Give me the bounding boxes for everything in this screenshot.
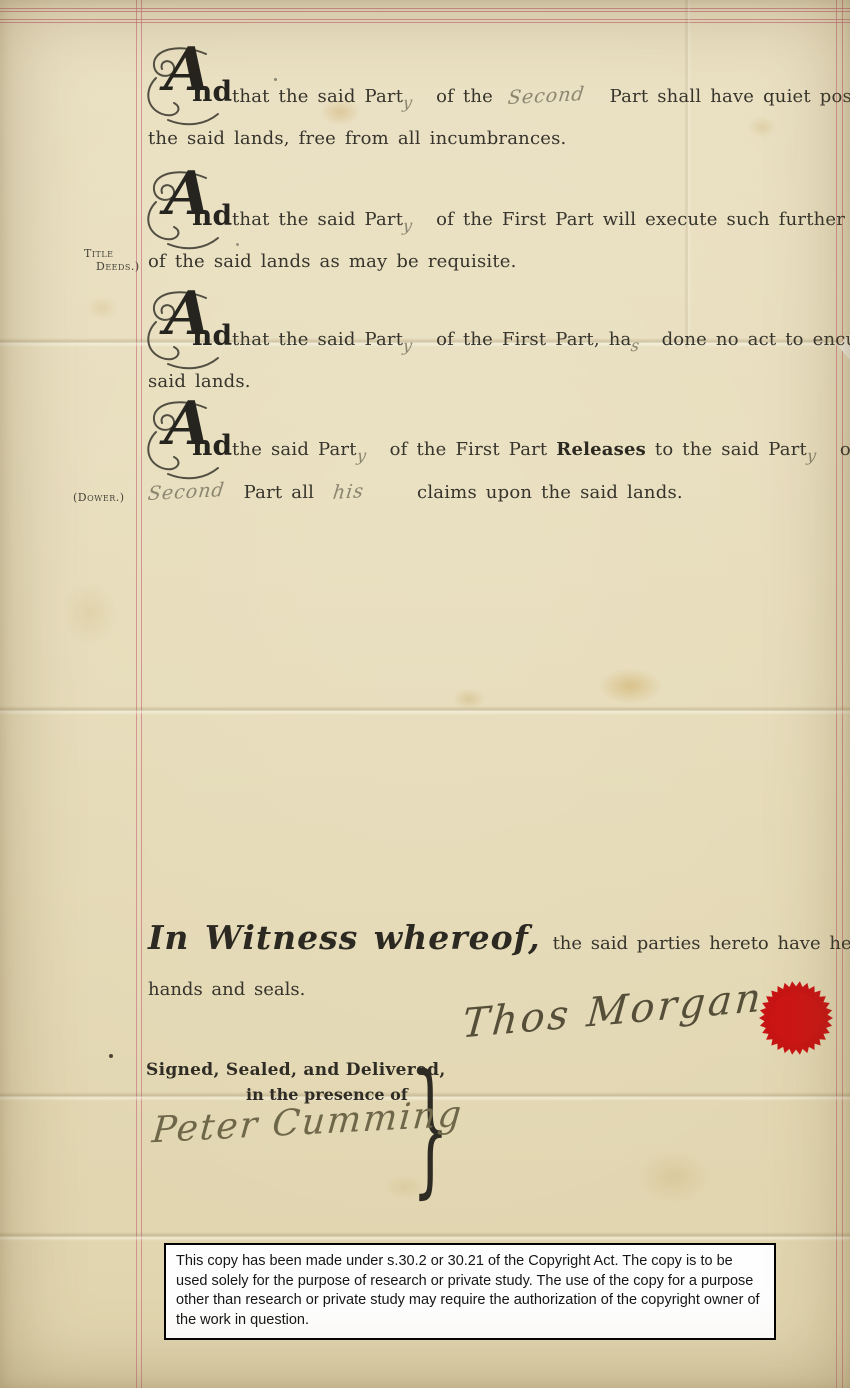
- header-rule-horizontal: [0, 19, 850, 20]
- margin-rule-vertical-left: [136, 0, 137, 1388]
- ornate-and-initial: A nd: [144, 168, 230, 252]
- margin-rule-vertical-left: [141, 0, 142, 1388]
- paragraph-line: that the said Party of the Second Part s…: [232, 44, 832, 121]
- deed-document-scan: Title Deeds.) (Dower.) A nd that the sai…: [0, 0, 850, 1388]
- header-rule-horizontal: [0, 11, 850, 12]
- handwritten-his: his: [331, 473, 366, 511]
- handwritten-second: Second: [506, 76, 587, 116]
- margin-note-title-deeds: Title Deeds.): [84, 247, 140, 273]
- ornate-and-initial: A nd: [144, 398, 230, 482]
- covenant-paragraph-dower-release: A nd the said Party of the First Part Re…: [148, 398, 832, 511]
- margin-note-line: Deeds.): [96, 260, 140, 273]
- red-wax-seal: [758, 980, 834, 1056]
- header-rule-horizontal: [0, 8, 850, 9]
- paper-stain: [598, 668, 662, 704]
- ink-dot: [109, 1054, 113, 1058]
- blackletter-releases: Releases: [556, 439, 646, 460]
- covenant-paragraph-quiet-possession: A nd that the said Party of the Second P…: [148, 44, 832, 157]
- covenant-paragraph-no-encumbrance: A nd that the said Party of the First Pa…: [148, 288, 832, 400]
- paragraph-line: the said lands, free from all incumbranc…: [148, 121, 832, 157]
- ornate-in-witness-whereof: In Witness whereof,: [148, 918, 541, 957]
- paragraph-line: of the said lands as may be requisite.: [148, 244, 832, 280]
- paragraph-line: Second Part all his claims upon the said…: [148, 474, 832, 511]
- fold-crease: [0, 1232, 850, 1241]
- signed-sealed-delivered-label: Signed, Sealed, and Delivered,: [146, 1060, 446, 1080]
- ornate-and-initial: A nd: [144, 288, 230, 372]
- covenant-paragraph-further-assurances: A nd that the said Party of the First Pa…: [148, 168, 832, 280]
- paragraph-line: said lands.: [148, 364, 832, 400]
- paper-stain: [62, 580, 118, 646]
- paper-stain: [452, 688, 486, 710]
- paragraph-line: that the said Party of the First Part wi…: [232, 168, 832, 244]
- margin-note-dower: (Dower.): [73, 491, 125, 504]
- copyright-notice: This copy has been made under s.30.2 or …: [164, 1243, 776, 1340]
- paragraph-line: In Witness whereof,the said parties here…: [148, 912, 832, 970]
- margin-note-line: Title: [84, 247, 140, 260]
- paragraph-line: that the said Party of the First Part, h…: [232, 288, 832, 364]
- paper-stain: [636, 1150, 712, 1204]
- handwritten-second: Second: [146, 472, 227, 512]
- header-rule-horizontal: [0, 22, 850, 23]
- ornate-and-initial: A nd: [144, 44, 230, 128]
- paragraph-line: the said Party of the First Part Release…: [232, 398, 832, 474]
- fold-crease: [0, 706, 850, 715]
- paper-stain: [86, 296, 118, 320]
